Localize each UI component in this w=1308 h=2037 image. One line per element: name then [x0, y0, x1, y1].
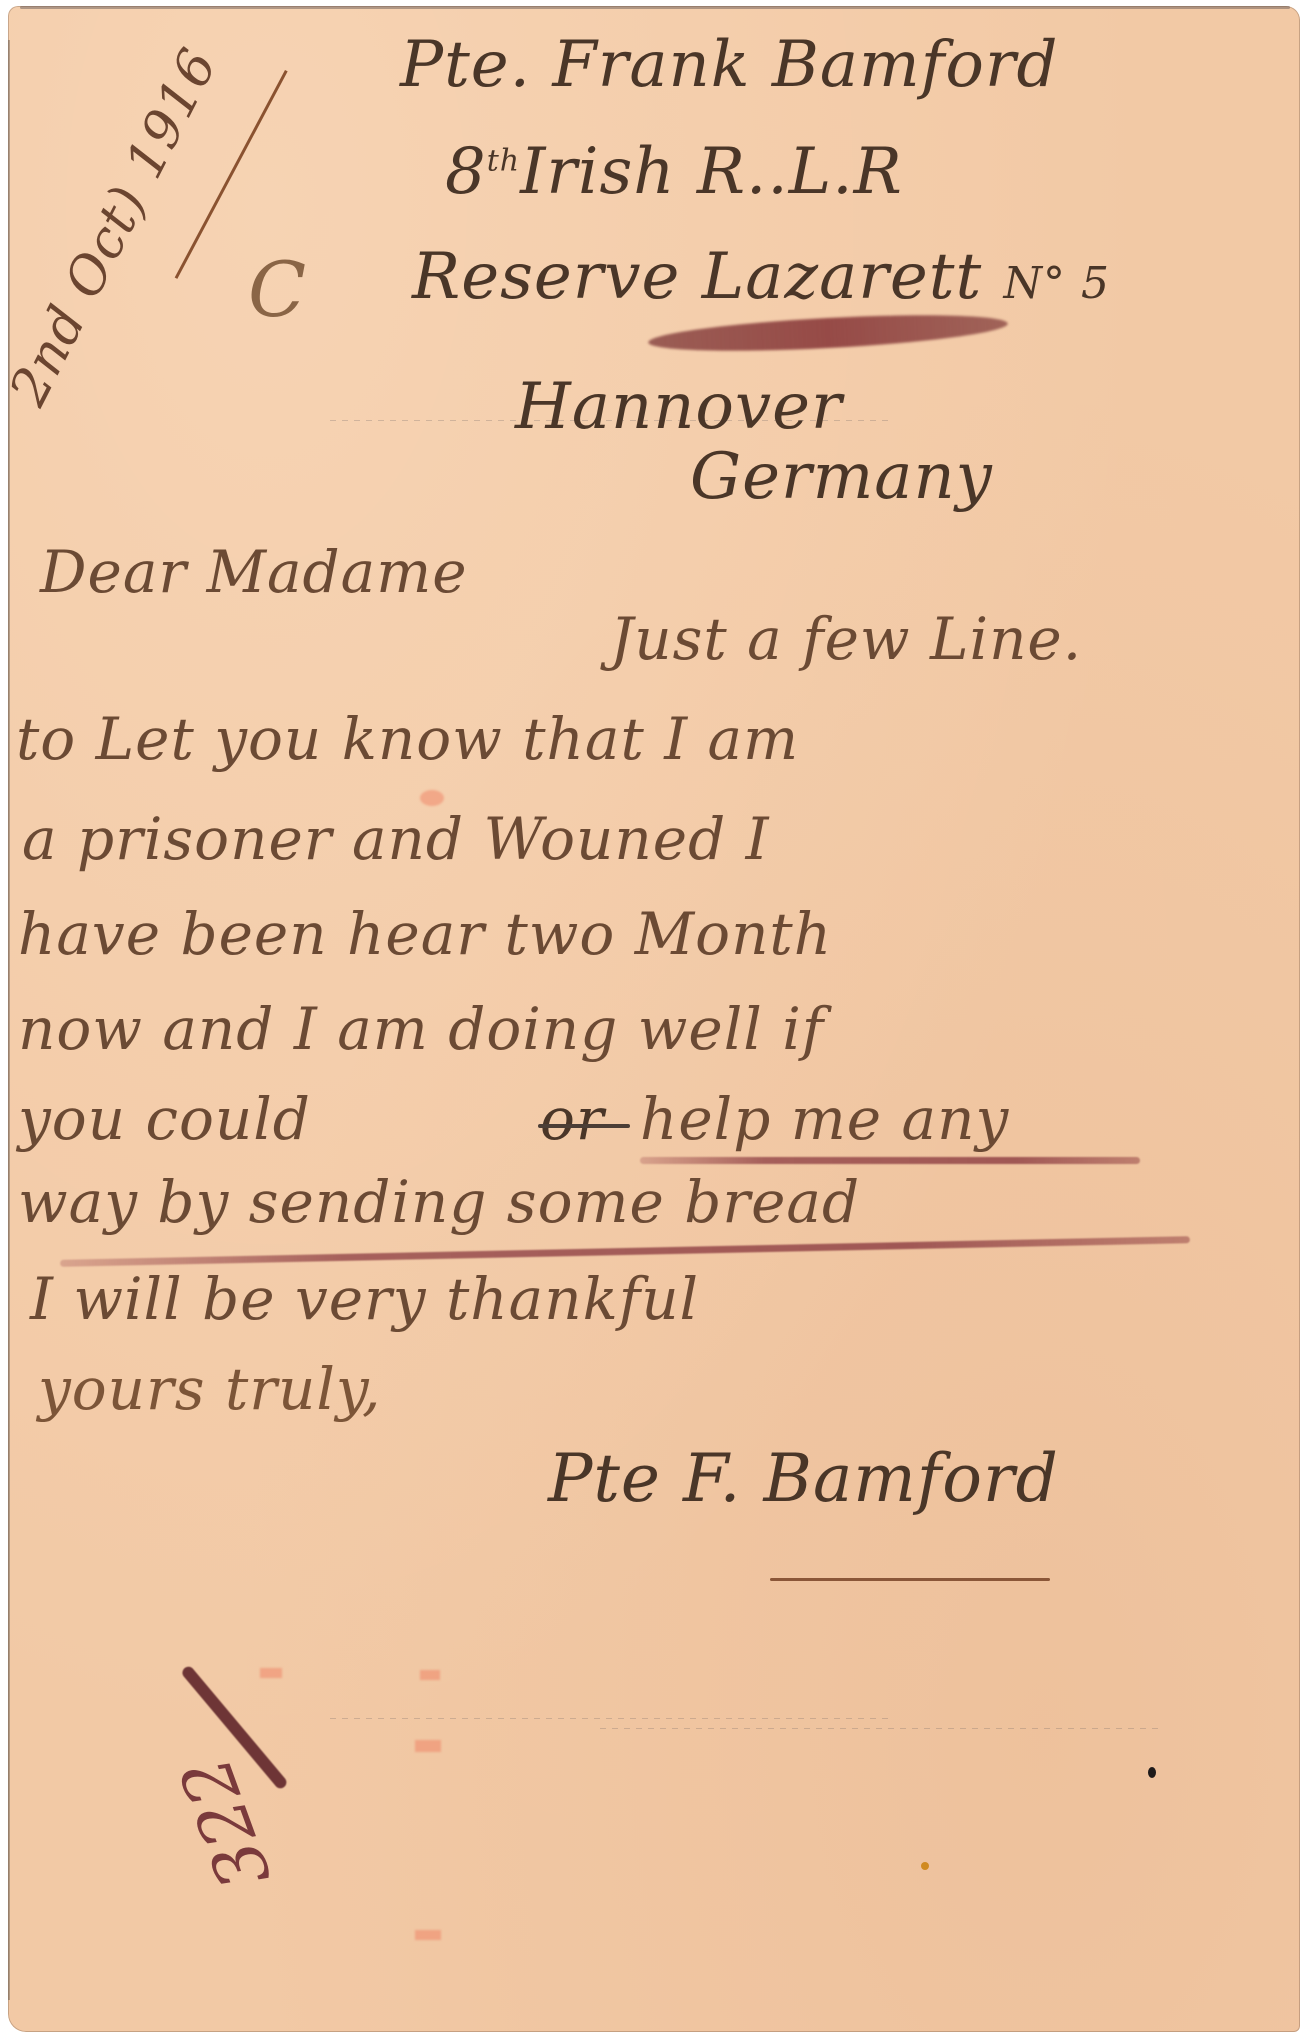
card-left-edge [8, 40, 10, 2000]
printed-rule [600, 1728, 1160, 1729]
letter-line-2: to Let you know that I am [16, 705, 799, 773]
letter-line-4: have been hear two Month [18, 900, 832, 968]
address-regiment: 8thIrish R..L.R [445, 135, 903, 209]
address-country: Germany [690, 440, 993, 514]
printed-rule [330, 1718, 890, 1719]
ink-spot [1148, 1767, 1156, 1778]
card-top-edge [20, 6, 1290, 9]
hospital-name: Reserve Lazarett [412, 240, 982, 314]
regiment-ordinal: th [487, 144, 520, 179]
letter-line-5: now and I am doing well if [18, 995, 824, 1063]
letter-line-7: way by sending some bread [18, 1168, 860, 1236]
crayon-underline-1 [640, 1157, 1140, 1164]
stamp-remnant [415, 1740, 441, 1752]
received-mark: C [248, 245, 307, 334]
signature: Pte F. Bamford [548, 1440, 1059, 1517]
stamp-remnant [260, 1668, 282, 1678]
stamp-remnant [415, 1930, 441, 1940]
struck-word: or [540, 1085, 605, 1153]
regiment-number: 8 [445, 135, 487, 209]
address-name: Pte. Frank Bamford [400, 28, 1059, 102]
regiment-name: Irish R..L.R [520, 135, 903, 209]
address-city: Hannover [515, 370, 843, 444]
rust-spot [921, 1862, 929, 1870]
letter-line-3: a prisoner and Wouned I [22, 805, 770, 873]
closing: yours truly, [38, 1355, 381, 1423]
letter-line-6: you could [18, 1085, 311, 1153]
stamp-remnant [420, 790, 444, 806]
address-hospital: Reserve Lazarett N° 5 [412, 240, 1110, 314]
strikethrough [538, 1124, 630, 1128]
stamp-remnant [420, 1670, 440, 1680]
letter-line-6b: help me any [640, 1085, 1009, 1153]
hospital-number: N° 5 [1004, 258, 1110, 309]
salutation: Dear Madame [40, 538, 468, 606]
signature-underline [770, 1578, 1050, 1581]
letter-line-1: Just a few Line. [610, 605, 1082, 673]
letter-line-8: I will be very thankful [30, 1265, 699, 1333]
